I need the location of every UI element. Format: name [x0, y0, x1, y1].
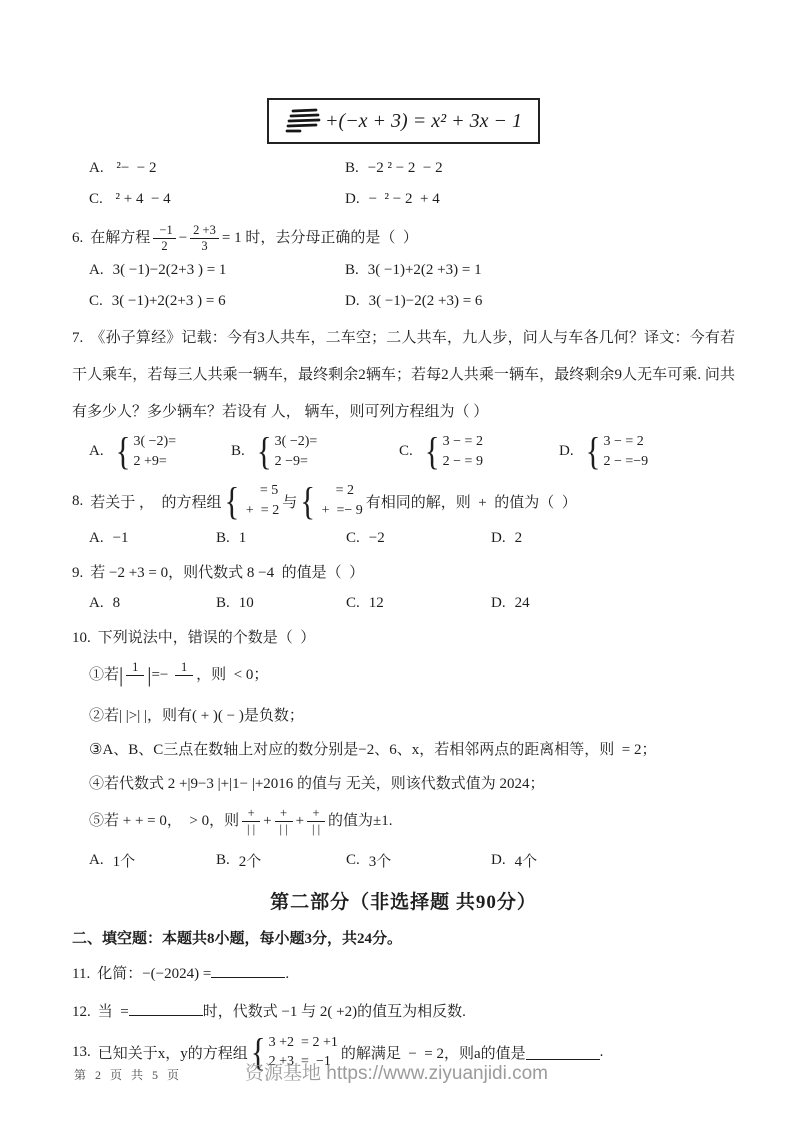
- q10-item-1: ①若|1 |=− 1 ，则 < 0；: [72, 660, 735, 691]
- q5-option-a: A. ²− − 2: [89, 160, 345, 177]
- q5-option-d: D.− ² − 2 + 4: [345, 191, 735, 208]
- question-number: 6.: [72, 230, 83, 246]
- operator: +: [296, 813, 304, 829]
- option-label: B.: [345, 160, 359, 177]
- system-line: = 5: [242, 481, 279, 501]
- system-line: 2 +9=: [133, 452, 176, 472]
- q6-option-b: B.3( −1)+2(2 +3) = 1: [345, 262, 735, 279]
- brace: {: [300, 482, 315, 521]
- question-9-stem: 9.若 −2 +3 = 0，则代数式 8 −4 的值是（ ）: [72, 561, 735, 582]
- option-label: B.: [345, 262, 359, 279]
- system-line: 2 − =−9: [603, 452, 648, 472]
- item-text: 的值为±1.: [328, 813, 392, 829]
- stem-text: 《孙子算经》记载：今有3人共车，二车空；二人共车，九人步，问人与车各几何？译文：…: [72, 330, 735, 420]
- q6-option-c: C.3( −1)+2(2+3 ) = 6: [89, 293, 345, 310]
- option-label: D.: [345, 293, 360, 310]
- question-number: 9.: [72, 565, 83, 581]
- fraction-denominator: | |: [307, 822, 325, 837]
- question-number: 8.: [72, 493, 83, 510]
- section-2-heading: 第二部分（非选择题 共90分）: [72, 887, 735, 914]
- option-label: B.: [216, 530, 230, 547]
- option-text: 24: [515, 595, 530, 612]
- item-text: =−: [151, 667, 172, 683]
- stem-text: 与: [282, 491, 297, 512]
- option-label: C.: [346, 852, 360, 869]
- option-text: −2: [369, 530, 385, 547]
- fraction-numerator: +: [307, 806, 325, 822]
- stem-text: 时，代数式 −1 与 2( +2)的值互为相反数.: [203, 1004, 466, 1020]
- answer-blank: [129, 1001, 203, 1016]
- q9-option-d: D.24: [491, 595, 530, 612]
- question-6-stem: 6.在解方程 −12−2 +33= 1 时，去分母正确的是（ ）: [72, 223, 735, 254]
- option-label: B.: [216, 595, 230, 612]
- stem-text: .: [285, 966, 289, 982]
- equation-system: {3 − = 22 − = 9: [425, 432, 483, 471]
- option-text: −2 ² − 2 − 2: [368, 160, 443, 177]
- q10-option-a: A.1个: [89, 850, 216, 871]
- fraction: +| |: [275, 806, 293, 837]
- fraction-numerator: +: [275, 806, 293, 822]
- q6-option-d: D.3( −1)−2(2 +3) = 6: [345, 293, 735, 310]
- option-text: 4个: [515, 850, 538, 871]
- question-number: 7.: [72, 330, 83, 346]
- equation-system: { = 5 + = 2: [225, 481, 280, 520]
- option-text: 3( −1)+2(2+3 ) = 6: [112, 293, 226, 310]
- system-line: + = 2: [242, 501, 279, 521]
- stem-text: 当 =: [98, 1004, 129, 1020]
- option-label: C.: [89, 191, 103, 208]
- q7-options: A.{3( −2)=2 +9= B.{3( −2)=2 −9= C.{3 − =…: [72, 432, 735, 471]
- fraction-numerator: 2 +3: [190, 223, 219, 239]
- question-8-stem: 8.若关于 ， 的方程组{ = 5 + = 2与{ = 2 + =− 9有相同的…: [72, 481, 735, 520]
- option-label: B.: [216, 852, 230, 869]
- equation-system: {3( −2)=2 +9=: [116, 432, 177, 471]
- option-text: ²− − 2: [113, 160, 157, 177]
- q7-option-b: B.{3( −2)=2 −9=: [231, 432, 399, 471]
- option-text: − ² − 2 + 4: [369, 191, 440, 208]
- option-text: 12: [369, 595, 384, 612]
- fraction: 1: [175, 660, 193, 691]
- stem-text: = 1 时，去分母正确的是（ ）: [222, 230, 418, 246]
- option-text: ² + 4 − 4: [112, 191, 171, 208]
- option-text: 1: [239, 530, 247, 547]
- stem-text: 有相同的解，则 + 的值为（ ）: [366, 491, 577, 512]
- fraction: 1: [126, 660, 144, 691]
- operator: −: [179, 230, 187, 246]
- q5-options: A. ²− − 2 B.−2 ² − 2 − 2 C. ² + 4 − 4 D.…: [72, 160, 735, 208]
- question-number: 12.: [72, 1004, 91, 1020]
- item-text: ④若代数式 2 +|9−3 |+|1− |+2016 的值与 无关，则该代数式值…: [89, 776, 545, 792]
- q6-option-a: A.3( −1)−2(2+3 ) = 1: [89, 262, 345, 279]
- brace: {: [257, 432, 272, 471]
- item-text: ①若: [89, 667, 119, 683]
- stem-text: 若 −2 +3 = 0，则代数式 8 −4 的值是（ ）: [90, 565, 364, 581]
- q10-item-5: ⑤若 + + = 0， > 0，则+| |++| |++| |的值为±1.: [72, 806, 735, 837]
- q8-option-b: B.1: [216, 530, 346, 547]
- stem-text: 下列说法中，错误的个数是（ ）: [98, 630, 316, 646]
- fraction-numerator: +: [242, 806, 260, 822]
- option-text: 3( −1)−2(2+3 ) = 1: [113, 262, 227, 279]
- fraction-denominator: | |: [242, 822, 260, 837]
- option-label: D.: [491, 595, 506, 612]
- option-text: 2个: [239, 850, 262, 871]
- ink-blot-icon: [285, 107, 321, 135]
- item-text: ③A、B、C三点在数轴上对应的数分别是−2、6、x，若相邻两点的距离相等，则 =…: [89, 742, 656, 758]
- equation-system: { = 2 + =− 9: [300, 481, 363, 520]
- equation-system: {3( −2)=2 −9=: [257, 432, 318, 471]
- watermark-url: 资源基地 https://www.ziyuanjidi.com: [0, 1058, 793, 1085]
- q10-options: A.1个 B.2个 C.3个 D.4个: [72, 850, 735, 871]
- system-line: 3 +2 = 2 +1: [269, 1033, 338, 1053]
- item-text: ⑤若 + + = 0， > 0，则: [89, 813, 239, 829]
- option-label: C.: [399, 443, 413, 460]
- option-text: 3( −1)−2(2 +3) = 6: [369, 293, 483, 310]
- option-label: A.: [89, 443, 104, 460]
- fraction-numerator: −1: [153, 223, 175, 239]
- fill-in-section-header: 二、填空题：本题共8小题，每小题3分，共24分。: [72, 927, 735, 948]
- q9-option-c: C.12: [346, 595, 491, 612]
- fraction: +| |: [242, 806, 260, 837]
- item-text: ②若| |>| |，则有( + )( − )是负数；: [89, 708, 304, 724]
- brace: {: [116, 432, 131, 471]
- option-text: 8: [113, 595, 121, 612]
- option-label: A.: [89, 530, 104, 547]
- system-line: 3 − = 2: [603, 432, 648, 452]
- option-label: C.: [346, 530, 360, 547]
- fraction-numerator: 1: [126, 660, 144, 676]
- q6-options: A.3( −1)−2(2+3 ) = 1 B.3( −1)+2(2 +3) = …: [72, 262, 735, 310]
- system-line: + =− 9: [318, 501, 363, 521]
- option-text: −1: [113, 530, 129, 547]
- stem-text: 化简：−(−2024) =: [97, 966, 211, 982]
- q9-option-b: B.10: [216, 595, 346, 612]
- option-label: C.: [346, 595, 360, 612]
- fraction-denominator: 3: [190, 239, 219, 254]
- brace: {: [586, 432, 601, 471]
- fraction-denominator: | |: [275, 822, 293, 837]
- option-label: B.: [231, 443, 245, 460]
- q8-option-c: C.−2: [346, 530, 491, 547]
- question-number: 11.: [72, 966, 90, 982]
- q7-option-d: D.{3 − = 22 − =−9: [559, 432, 651, 471]
- brace: {: [425, 432, 440, 471]
- question-7-stem: 7.《孙子算经》记载：今有3人共车，二车空；二人共车，九人步，问人与车各几何？译…: [72, 320, 735, 430]
- q10-option-c: C.3个: [346, 850, 491, 871]
- brace: {: [225, 482, 240, 521]
- q7-option-c: C.{3 − = 22 − = 9: [399, 432, 559, 471]
- fraction-numerator: 1: [175, 660, 193, 676]
- question-11: 11.化简：−(−2024) =.: [72, 962, 735, 983]
- option-label: A.: [89, 852, 104, 869]
- option-text: 3个: [369, 850, 392, 871]
- option-text: 3( −1)+2(2 +3) = 1: [368, 262, 482, 279]
- fraction-denominator: [175, 676, 193, 691]
- system-line: 2 − = 9: [443, 452, 483, 472]
- q7-option-a: A.{3( −2)=2 +9=: [89, 432, 231, 471]
- abs-bar: |: [119, 663, 123, 687]
- fraction-denominator: [126, 676, 144, 691]
- question-10-stem: 10.下列说法中，错误的个数是（ ）: [72, 626, 735, 647]
- q5-option-b: B.−2 ² − 2 − 2: [345, 160, 735, 177]
- system-line: 3( −2)=: [133, 432, 176, 452]
- option-label: D.: [345, 191, 360, 208]
- q9-option-a: A.8: [89, 595, 216, 612]
- q5-option-c: C. ² + 4 − 4: [89, 191, 345, 208]
- q10-item-3: ③A、B、C三点在数轴上对应的数分别是−2、6、x，若相邻两点的距离相等，则 =…: [72, 738, 735, 759]
- option-label: D.: [559, 443, 574, 460]
- option-label: A.: [89, 160, 104, 177]
- option-text: 10: [239, 595, 254, 612]
- q8-option-a: A.−1: [89, 530, 216, 547]
- fraction: −12: [153, 223, 175, 254]
- q10-item-2: ②若| |>| |，则有( + )( − )是负数；: [72, 704, 735, 725]
- q10-option-d: D.4个: [491, 850, 537, 871]
- item-text: ，则 < 0；: [196, 667, 268, 683]
- stem-text: 若关于 ， 的方程组: [90, 491, 221, 512]
- q10-option-b: B.2个: [216, 850, 346, 871]
- equation-system: {3 − = 22 − =−9: [586, 432, 649, 471]
- system-line: = 2: [318, 481, 363, 501]
- q8-options: A.−1 B.1 C.−2 D.2: [72, 530, 735, 547]
- system-line: 3( −2)=: [275, 432, 318, 452]
- option-text: 1个: [113, 850, 136, 871]
- equation-box: +(−x + 3) = x² + 3x − 1: [267, 98, 540, 144]
- system-line: 2 −9=: [275, 452, 318, 472]
- q8-option-d: D.2: [491, 530, 522, 547]
- exam-page: +(−x + 3) = x² + 3x − 1 A. ²− − 2 B.−2 ²…: [0, 0, 793, 1122]
- option-label: A.: [89, 262, 104, 279]
- option-text: 2: [515, 530, 523, 547]
- system-line: 3 − = 2: [443, 432, 483, 452]
- fraction-denominator: 2: [153, 239, 175, 254]
- answer-blank: [211, 963, 285, 978]
- fraction: +| |: [307, 806, 325, 837]
- question-12: 12.当 =时，代数式 −1 与 2( +2)的值互为相反数.: [72, 1000, 735, 1021]
- option-label: D.: [491, 852, 506, 869]
- page-content: +(−x + 3) = x² + 3x − 1 A. ²− − 2 B.−2 ²…: [0, 98, 793, 1072]
- q9-options: A.8 B.10 C.12 D.24: [72, 595, 735, 612]
- stem-text: 在解方程: [90, 230, 150, 246]
- equation-text: +(−x + 3) = x² + 3x − 1: [325, 110, 522, 133]
- option-label: A.: [89, 595, 104, 612]
- option-label: D.: [491, 530, 506, 547]
- operator: +: [263, 813, 271, 829]
- q10-item-4: ④若代数式 2 +|9−3 |+|1− |+2016 的值与 无关，则该代数式值…: [72, 772, 735, 793]
- fraction: 2 +33: [190, 223, 219, 254]
- option-label: C.: [89, 293, 103, 310]
- question-number: 10.: [72, 630, 91, 646]
